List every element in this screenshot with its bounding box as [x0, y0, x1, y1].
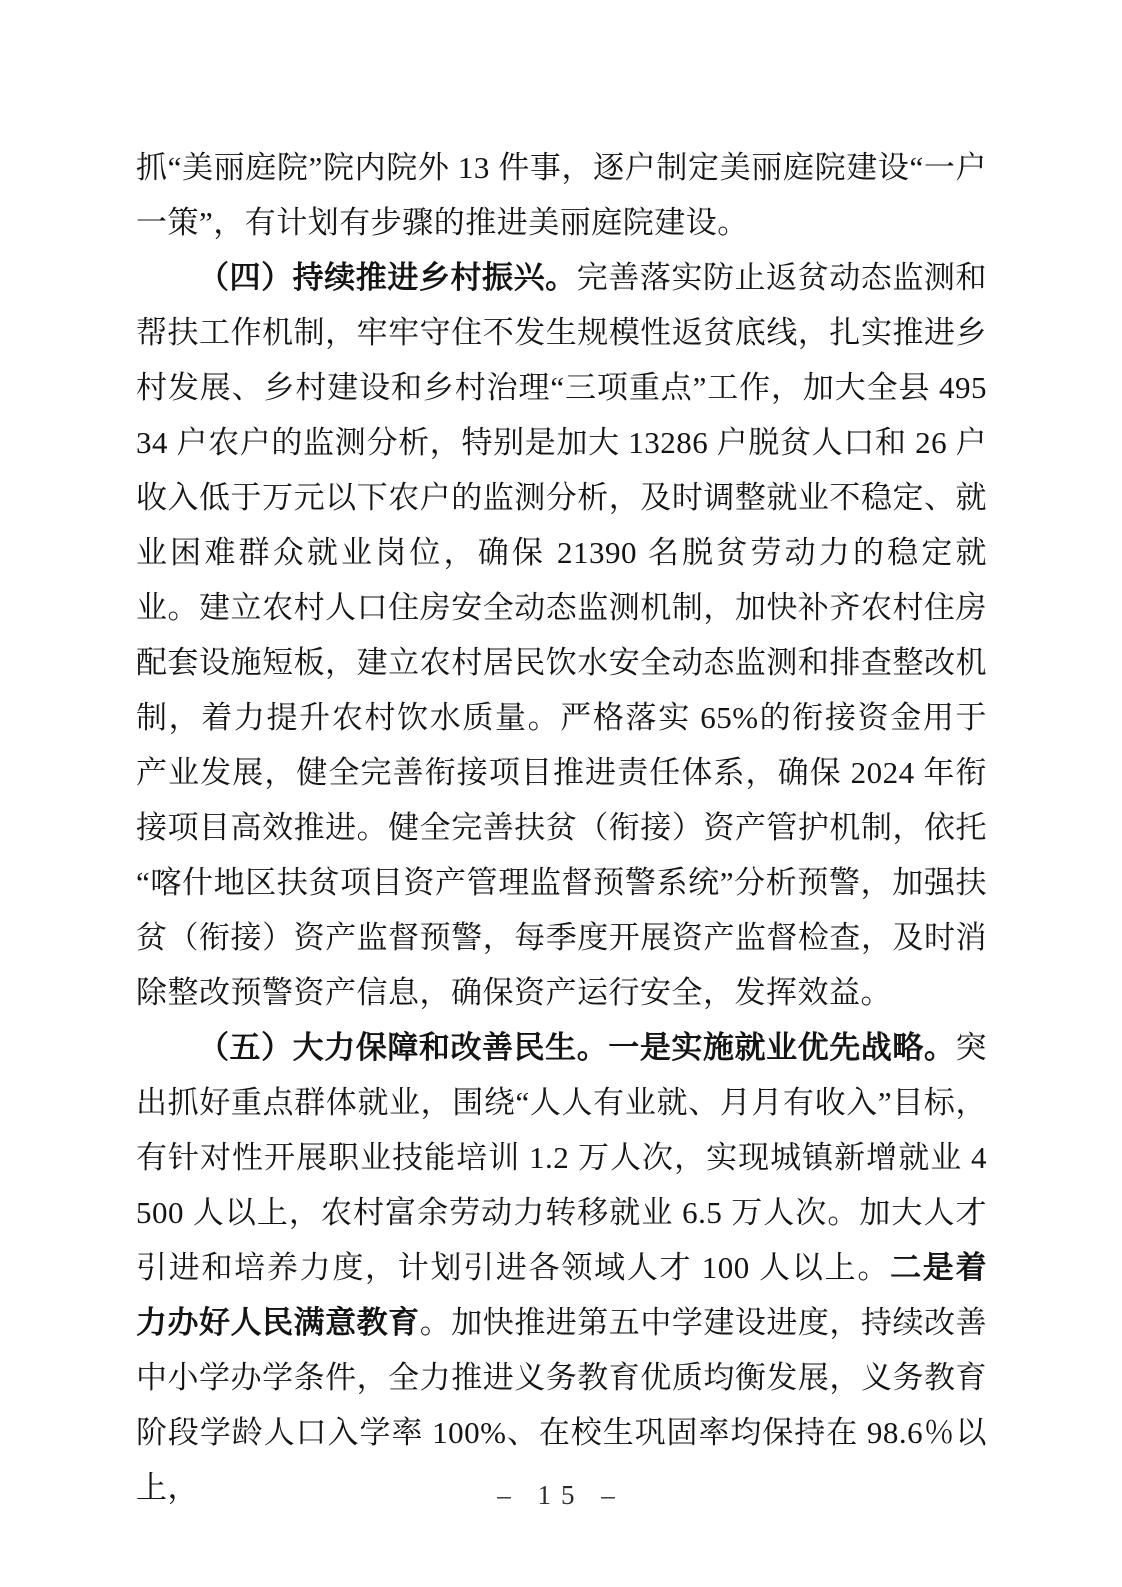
text-segment: 完善落实防止返贫动态监测和帮扶工作机制，牢牢守住不发生规模性返贫底线，扎实推进乡…: [136, 260, 987, 1010]
page-footer: – 15 –: [0, 1480, 1122, 1511]
bold-lead-in: （五）大力保障和改善民生。一是实施就业优先战略。: [198, 1030, 956, 1065]
document-page: 抓“美丽庭院”院内院外 13 件事，逐户制定美丽庭院建设“一户一策”，有计划有步…: [0, 0, 1122, 1587]
paragraph: 抓“美丽庭院”院内院外 13 件事，逐户制定美丽庭院建设“一户一策”，有计划有步…: [136, 140, 987, 250]
text-segment: 突出抓好重点群体就业，围绕“人人有业就、月月有收入”目标，有针对性开展职业技能培…: [136, 1030, 987, 1285]
text-segment: 抓“美丽庭院”院内院外 13 件事，逐户制定美丽庭院建设“一户一策”，有计划有步…: [136, 150, 987, 240]
page-number: – 15 –: [497, 1480, 625, 1510]
bold-lead-in: （四）持续推进乡村振兴。: [198, 260, 577, 295]
paragraph: （五）大力保障和改善民生。一是实施就业优先战略。突出抓好重点群体就业，围绕“人人…: [136, 1020, 987, 1515]
document-body: 抓“美丽庭院”院内院外 13 件事，逐户制定美丽庭院建设“一户一策”，有计划有步…: [136, 140, 987, 1515]
paragraph: （四）持续推进乡村振兴。完善落实防止返贫动态监测和帮扶工作机制，牢牢守住不发生规…: [136, 250, 987, 1020]
